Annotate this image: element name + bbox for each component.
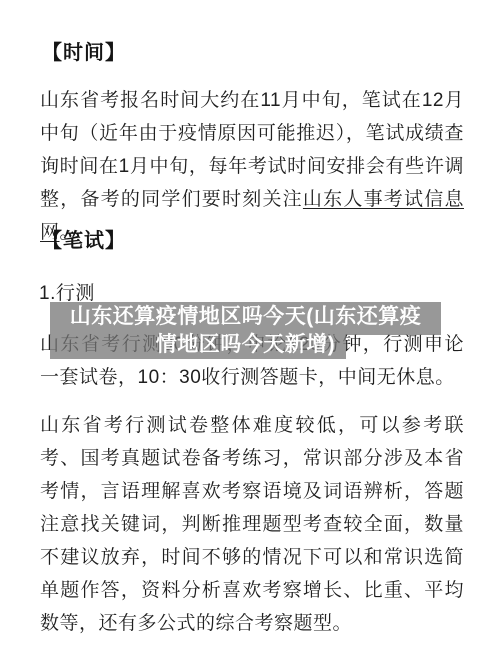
subheading-xingce: 1.行测 [39, 278, 95, 305]
section-heading-written-exam: 【笔试】 [42, 224, 126, 253]
article-page: 【时间】 山东省考报名时间大约在11月中旬，笔试在12月中旬（近年由于疫情原因可… [0, 0, 500, 666]
watermark-background-top [50, 302, 441, 335]
section-heading-time: 【时间】 [42, 36, 126, 65]
watermark-background-bottom [50, 335, 346, 359]
xingce-difficulty-paragraph: 山东省考行测试卷整体难度较低，可以参考联考、国考真题试卷备考练习，常识部分涉及本… [40, 409, 464, 640]
